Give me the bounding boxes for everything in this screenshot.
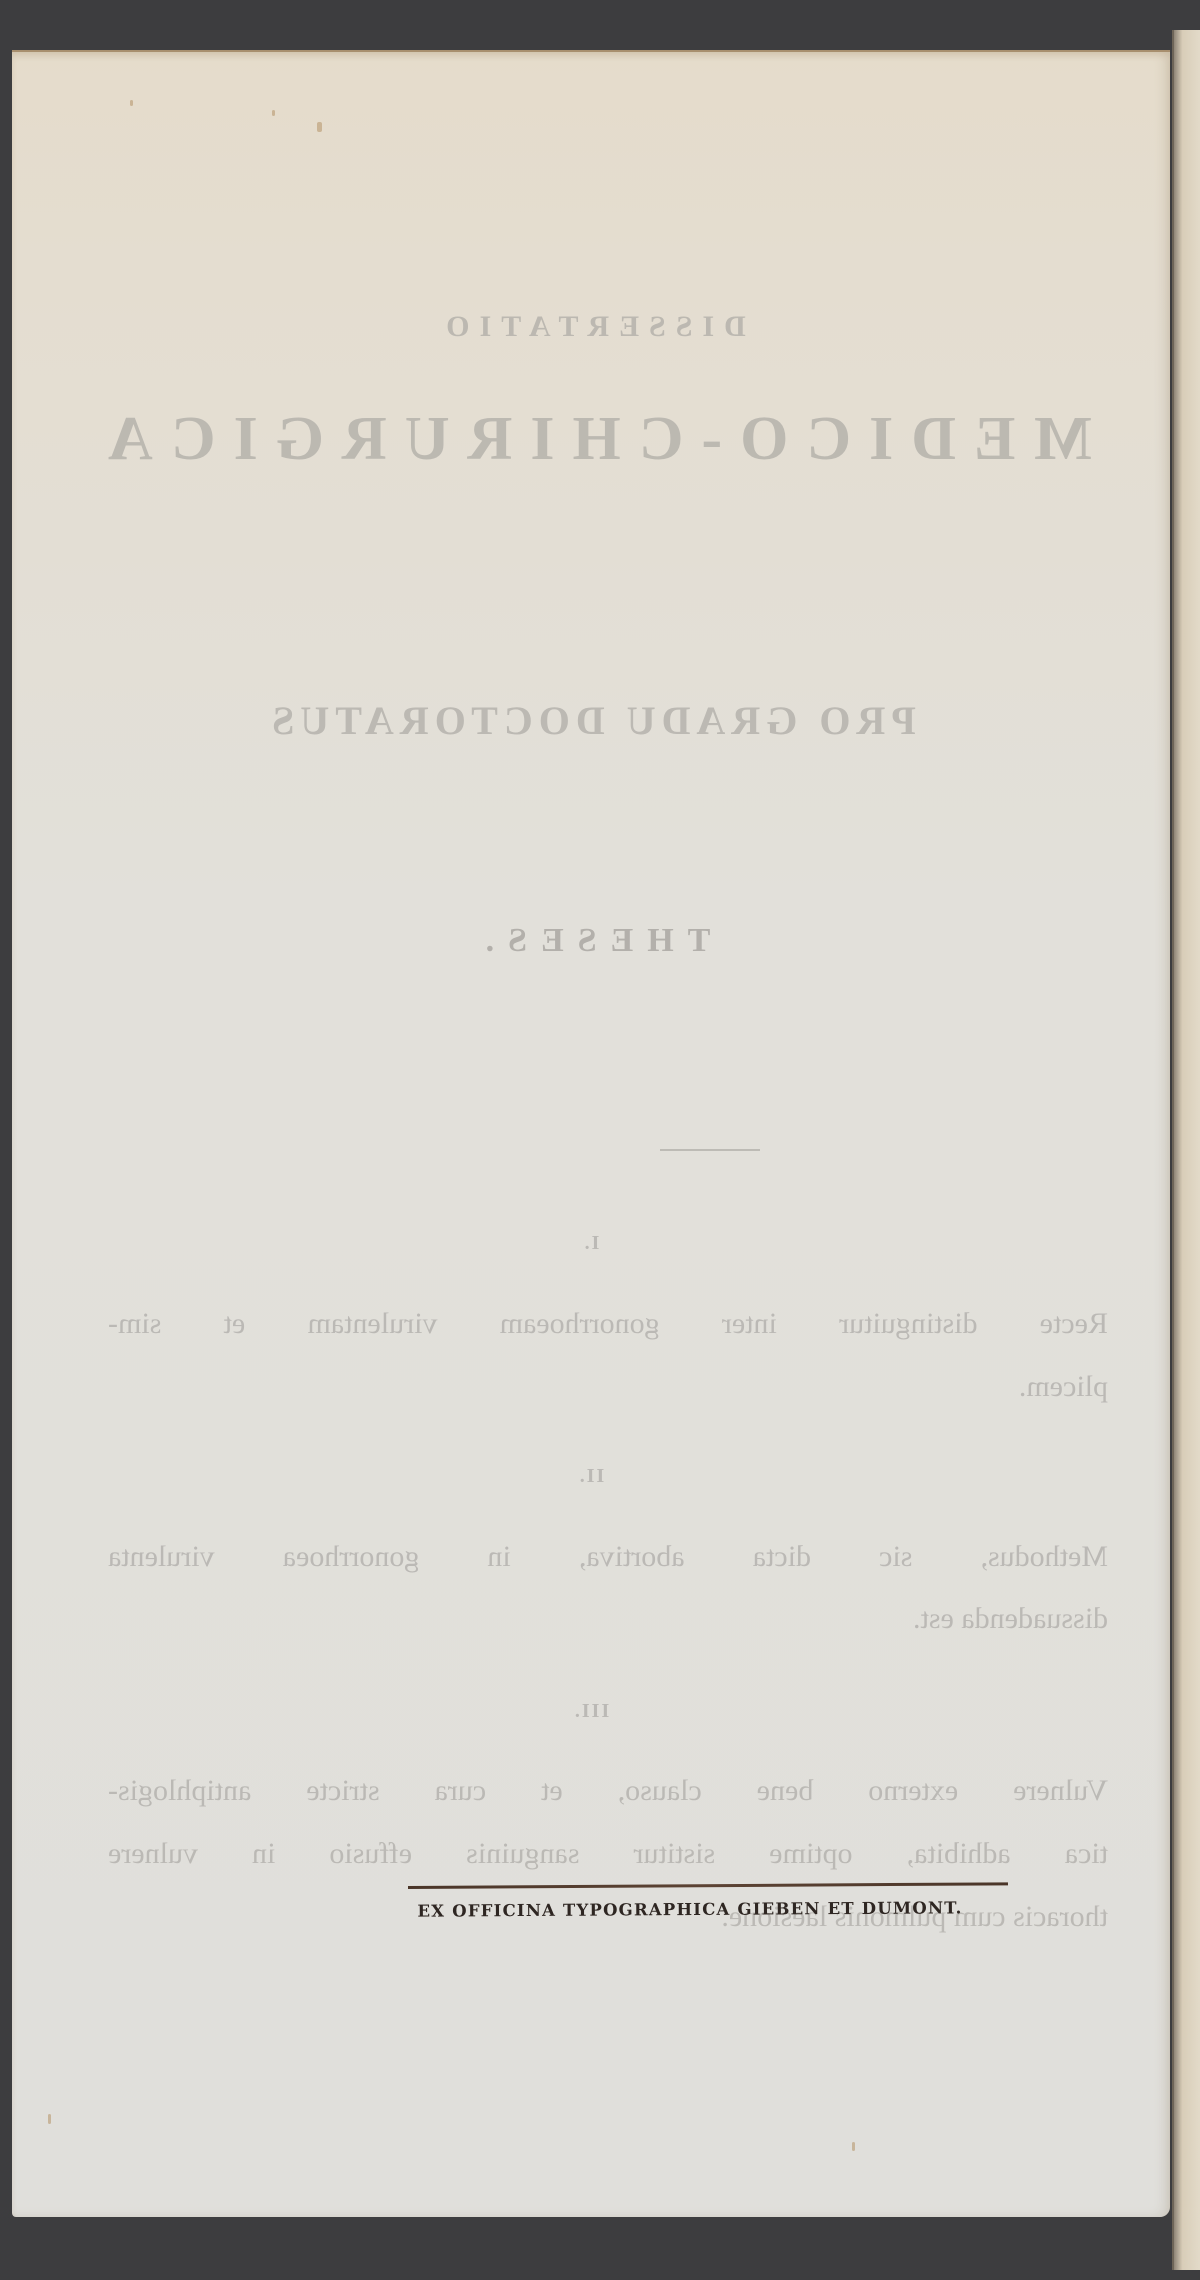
show-through-thesis-3-line-1: Vulnere externo bene clauso, et cura str…: [108, 1774, 1108, 1808]
printer-imprint: EX OFFICINA TYPOGRAPHICA GIEBEN ET DUMON…: [380, 1898, 1000, 1921]
paper-speck: [317, 122, 322, 132]
show-through-title-1: DISSERTATIO: [12, 310, 1170, 344]
show-through-thesis-1-line-2: plicem.: [108, 1370, 1108, 1404]
show-through-thesis-1-line-1: Recte distinguitur inter gonorrhoeam vir…: [108, 1307, 1108, 1341]
paper-speck: [852, 2142, 855, 2151]
show-through-thesis-2-line-1: Methodus, sic dicta abortiva, in gonorrh…: [108, 1540, 1108, 1574]
show-through-title-3: PRO GRADU DOCTORATUS: [12, 697, 1170, 744]
book-page: DISSERTATIO MEDICO-CHIRURGICA PRO GRADU …: [12, 50, 1170, 2217]
show-through-ornament-rule: [660, 1149, 760, 1151]
paper-speck: [48, 2114, 51, 2124]
paper-speck: [272, 110, 275, 116]
show-through-numeral-1: I.: [12, 1232, 1170, 1255]
show-through-numeral-2: II.: [12, 1465, 1170, 1488]
paper-speck: [130, 100, 133, 106]
show-through-thesis-2-line-2: dissuadenda est.: [108, 1602, 1108, 1636]
adjacent-page-edge: [1172, 30, 1200, 2270]
show-through-numeral-3: III.: [12, 1700, 1170, 1723]
show-through-theses-heading: THESES.: [12, 922, 1170, 960]
show-through-thesis-3-line-2: tica adhibita, optime sistitur sanguinis…: [108, 1837, 1108, 1871]
show-through-title-2: MEDICO-CHIRURGICA: [12, 404, 1170, 475]
